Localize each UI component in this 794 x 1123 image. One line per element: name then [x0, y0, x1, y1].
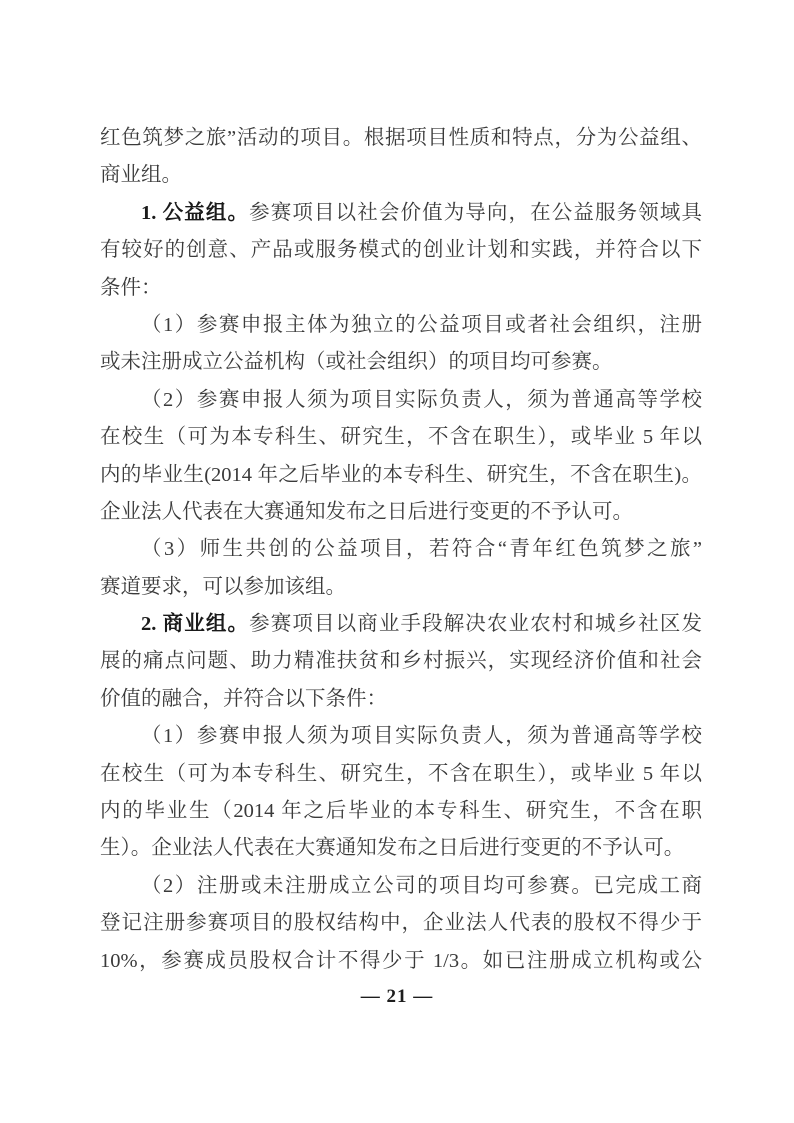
line-text: 红色筑梦之旅”活动的项目。根据项目性质和特点，分为公益组、: [100, 127, 702, 149]
line-text: 或未注册成立公益机构（或社会组织）的项目均可参赛。: [100, 351, 613, 373]
text-line: 红色筑梦之旅”活动的项目。根据项目性质和特点，分为公益组、: [100, 120, 702, 157]
text-line: 生）。企业法人代表在大赛通知发布之日后进行变更的不予认可。: [100, 830, 702, 867]
line-text: 参赛项目以商业手段解决农业农村和城乡社区发: [249, 613, 702, 635]
line-text: 赛道要求，可以参加该组。: [100, 576, 346, 598]
line-text: （1）参赛申报人须为项目实际负责人，须为普通高等学校: [141, 725, 702, 747]
text-line: （1）参赛申报主体为独立的公益项目或者社会组织，注册: [100, 307, 702, 344]
text-line: 有较好的创意、产品或服务模式的创业计划和实践，并符合以下: [100, 232, 702, 269]
text-line: 1. 公益组。参赛项目以社会价值为导向，在公益服务领域具: [100, 195, 702, 232]
line-text: 商业组。: [100, 164, 182, 186]
line-text: 条件：: [100, 277, 162, 299]
line-text: （2）参赛申报人须为项目实际负责人，须为普通高等学校: [141, 389, 702, 411]
text-line: 10%，参赛成员股权合计不得少于 1/3。如已注册成立机构或公: [100, 943, 702, 980]
text-line: 价值的融合，并符合以下条件：: [100, 681, 702, 718]
text-line: （2）参赛申报人须为项目实际负责人，须为普通高等学校: [100, 382, 702, 419]
section-heading-commercial-group: 2. 商业组。: [141, 613, 249, 635]
line-text: 在校生（可为本专科生、研究生，不含在职生），或毕业 5 年以: [100, 763, 702, 785]
text-line: 展的痛点问题、助力精准扶贫和乡村振兴，实现经济价值和社会: [100, 643, 702, 680]
line-text: 生）。企业法人代表在大赛通知发布之日后进行变更的不予认可。: [100, 837, 684, 859]
line-text: 有较好的创意、产品或服务模式的创业计划和实践，并符合以下: [100, 239, 702, 261]
text-line: 赛道要求，可以参加该组。: [100, 569, 702, 606]
line-text: （1）参赛申报主体为独立的公益项目或者社会组织，注册: [141, 314, 702, 336]
line-text: 参赛项目以社会价值为导向，在公益服务领域具: [249, 202, 702, 224]
text-line: （2）注册或未注册成立公司的项目均可参赛。已完成工商: [100, 868, 702, 905]
line-text: 内的毕业生(2014 年之后毕业的本专科生、研究生，不含在职生)。: [100, 464, 702, 486]
text-line: （1）参赛申报人须为项目实际负责人，须为普通高等学校: [100, 718, 702, 755]
text-line: 登记注册参赛项目的股权结构中，企业法人代表的股权不得少于: [100, 905, 702, 942]
line-text: （3）师生共创的公益项目，若符合“青年红色筑梦之旅”: [141, 538, 702, 560]
text-line: 内的毕业生（2014 年之后毕业的本专科生、研究生，不含在职: [100, 793, 702, 830]
line-text: 价值的融合，并符合以下条件：: [100, 688, 387, 710]
line-text: 10%，参赛成员股权合计不得少于 1/3。如已注册成立机构或公: [100, 950, 702, 972]
text-line: 条件：: [100, 270, 702, 307]
line-text: 在校生（可为本专科生、研究生，不含在职生），或毕业 5 年以: [100, 426, 702, 448]
text-line: 内的毕业生(2014 年之后毕业的本专科生、研究生，不含在职生)。: [100, 457, 702, 494]
section-heading-public-welfare-group: 1. 公益组。: [141, 202, 249, 224]
text-line: 2. 商业组。参赛项目以商业手段解决农业农村和城乡社区发: [100, 606, 702, 643]
line-text: 内的毕业生（2014 年之后毕业的本专科生、研究生，不含在职: [100, 800, 702, 822]
line-text: （2）注册或未注册成立公司的项目均可参赛。已完成工商: [141, 875, 702, 897]
line-text: 登记注册参赛项目的股权结构中，企业法人代表的股权不得少于: [100, 912, 702, 934]
text-block: 红色筑梦之旅”活动的项目。根据项目性质和特点，分为公益组、 商业组。 1. 公益…: [100, 120, 702, 980]
line-text: 企业法人代表在大赛通知发布之日后进行变更的不予认可。: [100, 501, 633, 523]
page-number: — 21 —: [0, 984, 794, 1010]
document-page: 红色筑梦之旅”活动的项目。根据项目性质和特点，分为公益组、 商业组。 1. 公益…: [0, 0, 794, 1123]
text-line: 在校生（可为本专科生、研究生，不含在职生），或毕业 5 年以: [100, 756, 702, 793]
text-line: 在校生（可为本专科生、研究生，不含在职生），或毕业 5 年以: [100, 419, 702, 456]
text-line: 企业法人代表在大赛通知发布之日后进行变更的不予认可。: [100, 494, 702, 531]
text-line: 或未注册成立公益机构（或社会组织）的项目均可参赛。: [100, 344, 702, 381]
line-text: 展的痛点问题、助力精准扶贫和乡村振兴，实现经济价值和社会: [100, 650, 702, 672]
text-line: 商业组。: [100, 157, 702, 194]
text-line: （3）师生共创的公益项目，若符合“青年红色筑梦之旅”: [100, 531, 702, 568]
